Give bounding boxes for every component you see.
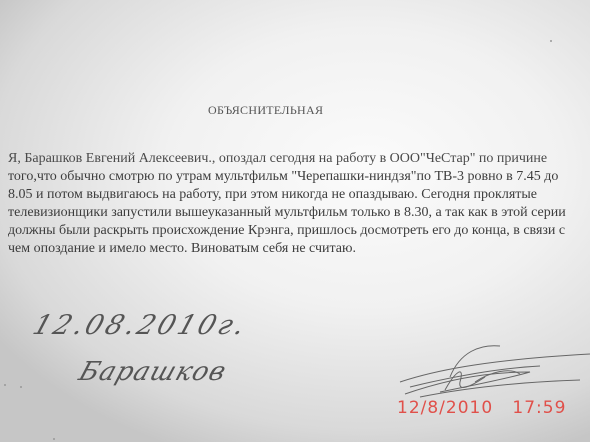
stamp-date: 12/8/2010 <box>397 398 493 418</box>
stamp-time: 17:59 <box>512 398 566 418</box>
document-photo: ОБЪЯСНИТЕЛЬНАЯ Я, Барашков Евгений Алекс… <box>0 0 590 442</box>
body-line: должны были раскрыть происхождение Крэнг… <box>8 222 583 240</box>
handwritten-date: 12.08.2010г. <box>29 310 252 341</box>
body-line: 8.05 и потом выдвигаюсь на работу, при э… <box>8 186 583 204</box>
dust-speck <box>550 40 552 42</box>
handwritten-name: Барашков <box>75 357 230 387</box>
signature-icon <box>390 342 590 402</box>
body-line: Я, Барашков Евгений Алексеевич., опоздал… <box>8 150 583 168</box>
dust-speck <box>53 438 55 440</box>
dust-speck <box>4 384 6 386</box>
body-line: того,что обычно смотрю по утрам мультфил… <box>8 168 583 186</box>
camera-date-stamp: 12/8/2010 17:59 <box>397 398 566 418</box>
document-title: ОБЪЯСНИТЕЛЬНАЯ <box>208 103 323 118</box>
document-body: Я, Барашков Евгений Алексеевич., опоздал… <box>8 150 583 258</box>
dust-speck <box>20 386 22 388</box>
body-line: телевизионщики запустили вышеуказанный м… <box>8 204 583 222</box>
body-line: чем опоздание и имело место. Виноватым с… <box>8 240 583 258</box>
